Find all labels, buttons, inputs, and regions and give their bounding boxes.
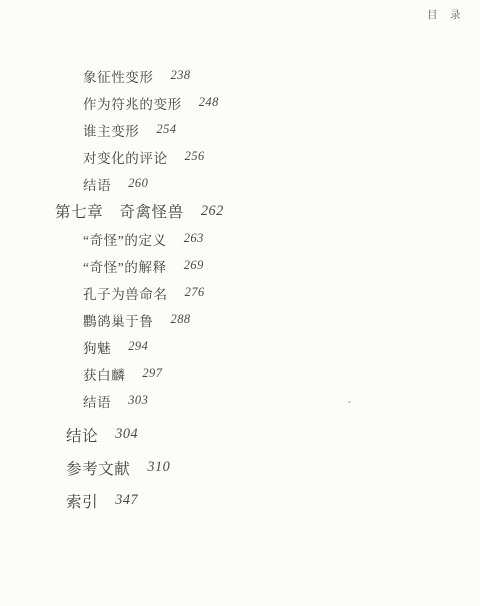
toc-entry-label: 孔子为兽命名 — [83, 283, 168, 303]
toc-entry-page-number: 347 — [115, 492, 138, 509]
toc-entry-label: 索引 — [66, 490, 98, 512]
toc-entry: “奇怪”的定义263 — [0, 225, 480, 252]
toc-entry: 对变化的评论256 — [0, 143, 480, 170]
toc-entry-page-number: 260 — [128, 176, 148, 191]
toc-entry: 结论304 — [0, 418, 480, 451]
toc-entry: 象征性变形238 — [0, 62, 480, 89]
toc-entry-page-number: 238 — [171, 68, 191, 83]
toc-entry: “奇怪”的解释269 — [0, 252, 480, 279]
toc-entry-page-number: 263 — [184, 231, 204, 246]
toc-entry: 鸜鹆巢于鲁288 — [0, 306, 480, 333]
toc-entry-page-number: 297 — [142, 366, 162, 381]
toc-entry: 结语260 — [0, 170, 480, 197]
toc-entry-label: 作为符兆的变形 — [83, 93, 182, 113]
toc-entry-label: 获白麟 — [83, 364, 125, 384]
toc-entry: 索引347 — [0, 484, 480, 517]
toc-entries: 象征性变形238作为符兆的变形248谁主变形254对变化的评论256结语260第… — [0, 62, 480, 517]
toc-entry-label: “奇怪”的解释 — [83, 256, 167, 276]
toc-entry-page-number: 276 — [185, 285, 205, 300]
scan-speck — [348, 401, 351, 403]
toc-entry-page-number: 304 — [115, 426, 138, 443]
toc-entry-label: 狗魅 — [83, 337, 111, 357]
toc-entry-page-number: 256 — [185, 149, 205, 164]
toc-page: 目 录 象征性变形238作为符兆的变形248谁主变形254对变化的评论256结语… — [0, 0, 480, 606]
toc-entry-page-number: 294 — [128, 339, 148, 354]
toc-entry-label: 谁主变形 — [83, 120, 139, 140]
toc-entry: 谁主变形254 — [0, 116, 480, 143]
toc-entry: 获白麟297 — [0, 360, 480, 387]
toc-entry-label: 结论 — [66, 424, 98, 446]
toc-entry-label: “奇怪”的定义 — [83, 229, 167, 249]
toc-entry: 作为符兆的变形248 — [0, 89, 480, 116]
toc-entry-label: 参考文献 — [66, 457, 130, 479]
toc-entry-label: 对变化的评论 — [83, 147, 168, 167]
toc-entry-label: 第七章 奇禽怪兽 — [55, 200, 184, 222]
toc-entry-page-number: 310 — [147, 459, 170, 476]
toc-entry: 第七章 奇禽怪兽262 — [0, 197, 480, 225]
toc-entry-page-number: 254 — [156, 122, 176, 137]
page-title: 目 录 — [427, 7, 462, 22]
toc-entry-page-number: 262 — [201, 203, 224, 220]
toc-entry-label: 象征性变形 — [83, 66, 154, 86]
toc-entry: 狗魅294 — [0, 333, 480, 360]
toc-entry-label: 鸜鹆巢于鲁 — [83, 310, 154, 330]
toc-entry-page-number: 248 — [199, 95, 219, 110]
toc-entry: 孔子为兽命名276 — [0, 279, 480, 306]
toc-entry-page-number: 288 — [171, 312, 191, 327]
toc-entry-label: 结语 — [83, 174, 111, 194]
toc-entry-page-number: 303 — [128, 393, 148, 408]
toc-entry-page-number: 269 — [184, 258, 204, 273]
toc-entry: 参考文献310 — [0, 451, 480, 484]
toc-entry-label: 结语 — [83, 391, 111, 411]
toc-entry: 结语303 — [0, 387, 480, 414]
